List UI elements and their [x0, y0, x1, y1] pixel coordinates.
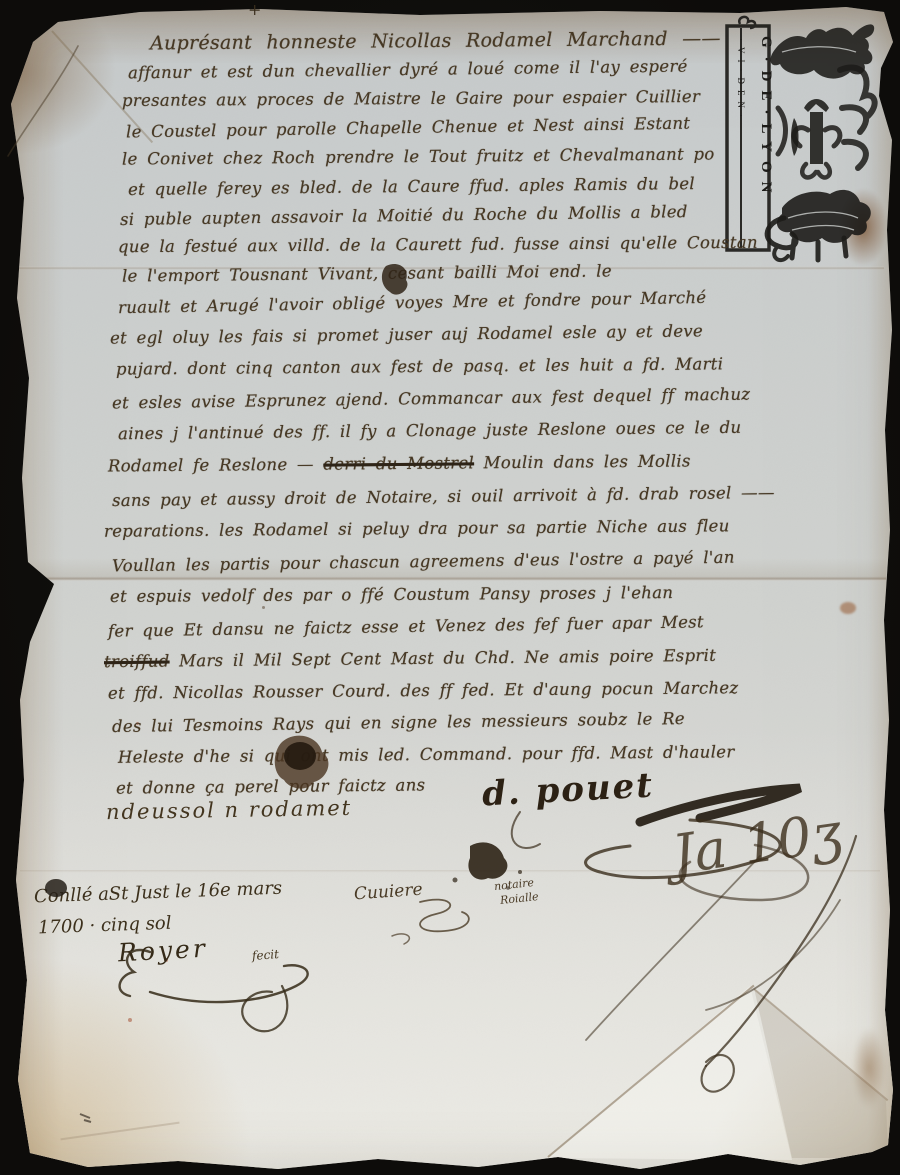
stamp-plume-2 — [842, 107, 866, 132]
stamp-lion-leg-1 — [792, 240, 794, 258]
line-segment: Moulin dans les Mollis — [474, 451, 691, 472]
line-segment: Rodamel fe Reslone — — [108, 455, 324, 476]
struck-out-word: troiffud — [104, 652, 170, 672]
royer-signature-suffix: fecit — [252, 947, 280, 963]
stamp-scroll-left — [794, 128, 808, 146]
manuscript-line: presantes aux proces de Maistre le Gaire… — [122, 87, 700, 110]
photographed-manuscript: ·VI·DEN· G·DE·LYON — [0, 0, 900, 1175]
stamp-scroll-bottom-left — [802, 164, 816, 177]
dark-speck — [262, 606, 265, 609]
manuscript-line: et donne ça perel pour faictz ans — [116, 775, 426, 797]
rodamel-signature-mark: ndeussol n rodamet — [106, 796, 353, 824]
generalite-de-lyon-tax-stamp: ·VI·DEN· G·DE·LYON — [722, 12, 880, 264]
top-cross-mark: + — [248, 0, 261, 19]
stamp-center-label — [810, 112, 823, 164]
red-speck — [128, 1018, 132, 1022]
struck-out-words: derri du Mostrel — [323, 453, 474, 473]
stamp-crown — [804, 99, 829, 112]
stamp-scroll-bottom-right — [818, 164, 830, 177]
stamp-outer-band-text: ·VI·DEN· — [736, 38, 746, 123]
manuscript-line: et espuis vedolf des par o ffé Coustum P… — [110, 583, 673, 606]
stamp-plume-3 — [844, 142, 866, 168]
royer-signature: Royer — [117, 934, 208, 968]
stamp-lion-leg-3 — [844, 238, 846, 256]
stamp-scroll-right — [825, 128, 840, 146]
stamp-foliage-left — [778, 108, 786, 154]
